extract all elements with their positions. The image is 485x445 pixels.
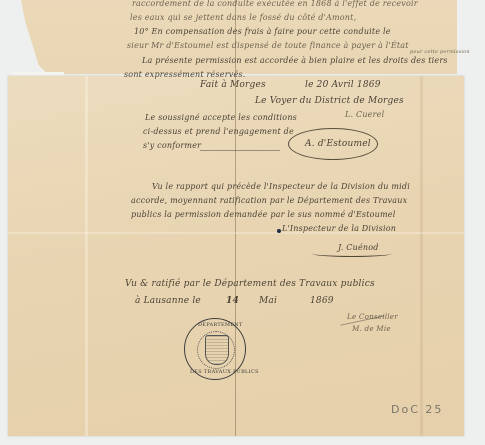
date-label: le 20 Avril 1869 <box>305 80 381 90</box>
body-line-6: sont expressément réservés. <box>124 70 245 79</box>
body-line-2: les eaux qui se jettent dans le fossé du… <box>130 13 356 22</box>
acceptance-line-1: Le soussigné accepte les conditions <box>145 113 297 122</box>
inspector-title: L'Inspecteur de la Division <box>282 224 396 233</box>
place-label: Fait à Morges <box>200 80 266 90</box>
body-line-5: La présente permission est accordée à bi… <box>142 56 448 65</box>
ratification-month: Mai <box>259 296 277 306</box>
body-line-3: 10° En compensation des frais à faire po… <box>134 27 391 36</box>
ratification-place: à Lausanne le <box>135 296 201 306</box>
body-line-4: sieur Mr d'Estoumel est dispensé de tout… <box>127 41 409 50</box>
acceptance-signature: A. d'Estoumel <box>305 139 371 149</box>
acceptance-line-2: ci-dessus et prend l'engagement de <box>143 127 294 136</box>
acceptance-line-3: s'y conformer <box>143 141 201 150</box>
inspector-line-2: accorde, moyennant ratification par le D… <box>131 196 407 205</box>
acceptance-underline <box>200 150 280 151</box>
ink-blot <box>277 229 281 233</box>
ratification-day: 14 <box>226 296 239 306</box>
archive-reference-note: DoC 25 <box>391 403 443 416</box>
department-seal-stamp: DÉPARTEMENT DES TRAVAUX PUBLICS <box>184 318 246 380</box>
coat-of-arms-icon <box>205 335 229 365</box>
voyer-title: Le Voyer du District de Morges <box>255 96 404 106</box>
body-line-4-marginal-note: pour cette permission <box>410 49 470 55</box>
ratification-title: Le Conseiller <box>347 312 398 321</box>
fold-crease-right <box>420 76 423 436</box>
inspector-signature-flourish <box>312 250 392 257</box>
ratification-signature: M. de Mie <box>352 324 391 333</box>
inspector-line-3: publics la permission demandée par le su… <box>131 210 395 219</box>
body-line-1: raccordement de la conduite exécutée en … <box>132 0 418 8</box>
seal-bottom-text: DES TRAVAUX PUBLICS <box>190 369 259 375</box>
ratification-year: 1869 <box>310 296 334 306</box>
seal-top-text: DÉPARTEMENT <box>198 322 243 328</box>
inspector-line-1: Vu le rapport qui précède l'Inspecteur d… <box>152 182 410 191</box>
ratification-line-1: Vu & ratifié par le Département des Trav… <box>125 279 375 289</box>
voyer-signature: L. Cuerel <box>345 110 384 119</box>
fold-crease-left <box>85 76 88 436</box>
